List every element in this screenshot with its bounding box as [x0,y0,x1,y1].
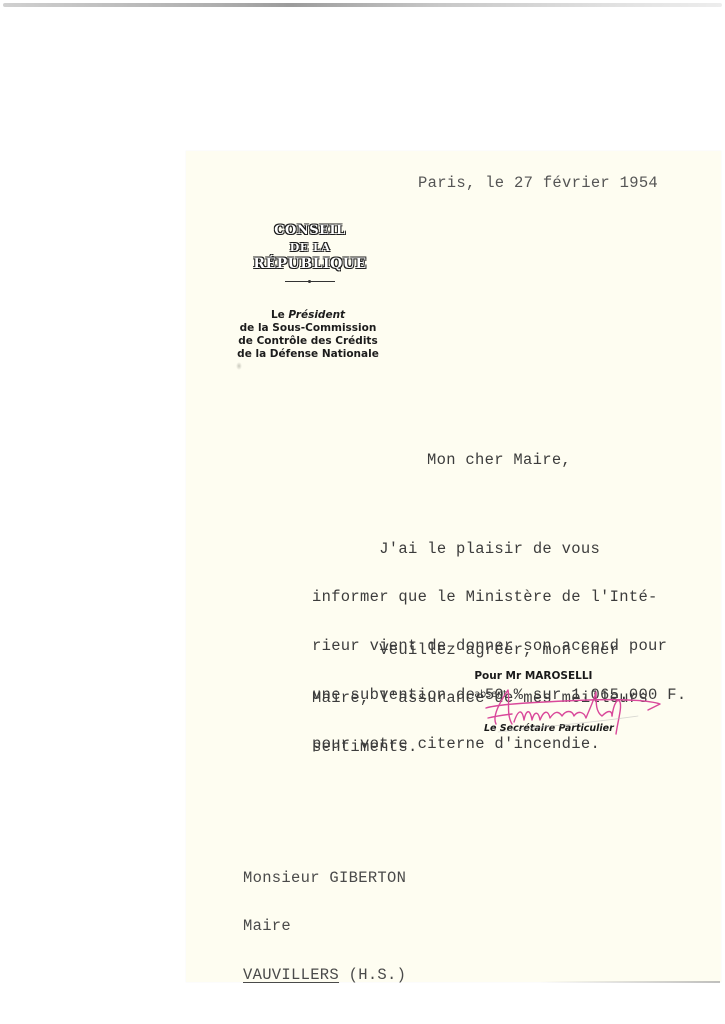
sender-title-line-3: de Contrôle des Crédits [228,335,388,348]
scanner-edge-artifact [3,3,722,7]
paper-speck [236,362,242,370]
letterhead-line-2: DE LA [240,239,380,256]
salutation: Mon cher Maire, [427,452,571,468]
recipient-address: Monsieur GIBERTON Maire VAUVILLERS (H.S.… [243,837,406,1000]
sender-title-line-2: de la Sous-Commission [228,322,388,335]
recipient-line-1: Monsieur GIBERTON [243,870,406,886]
body-line: J'ai le plaisir de vous [312,541,686,557]
handwritten-signature-icon [478,680,668,740]
recipient-town: VAUVILLERS [243,966,339,984]
sender-title-prefix: Le [271,309,285,321]
recipient-line-2: Maire [243,918,406,934]
letterhead-line-1: CONSEIL [240,222,380,239]
body-line: informer que le Ministère de l'Inté- [312,589,686,605]
letterhead-line-3: RÉPUBLIQUE [240,256,380,273]
sender-title-role: Président [288,309,345,321]
letterhead-divider [285,281,335,282]
sender-title-block: Le Président de la Sous-Commission de Co… [228,309,388,361]
recipient-line-3: VAUVILLERS (H.S.) [243,967,406,983]
sender-title-line-4: de la Défense Nationale [228,348,388,361]
paper-edge-shadow [540,981,720,983]
letterhead: CONSEIL DE LA RÉPUBLIQUE [240,222,380,282]
recipient-department: (H.S.) [339,966,406,984]
date-line: Paris, le 27 février 1954 [418,175,658,191]
sender-title-line-1: Le Président [228,309,388,322]
